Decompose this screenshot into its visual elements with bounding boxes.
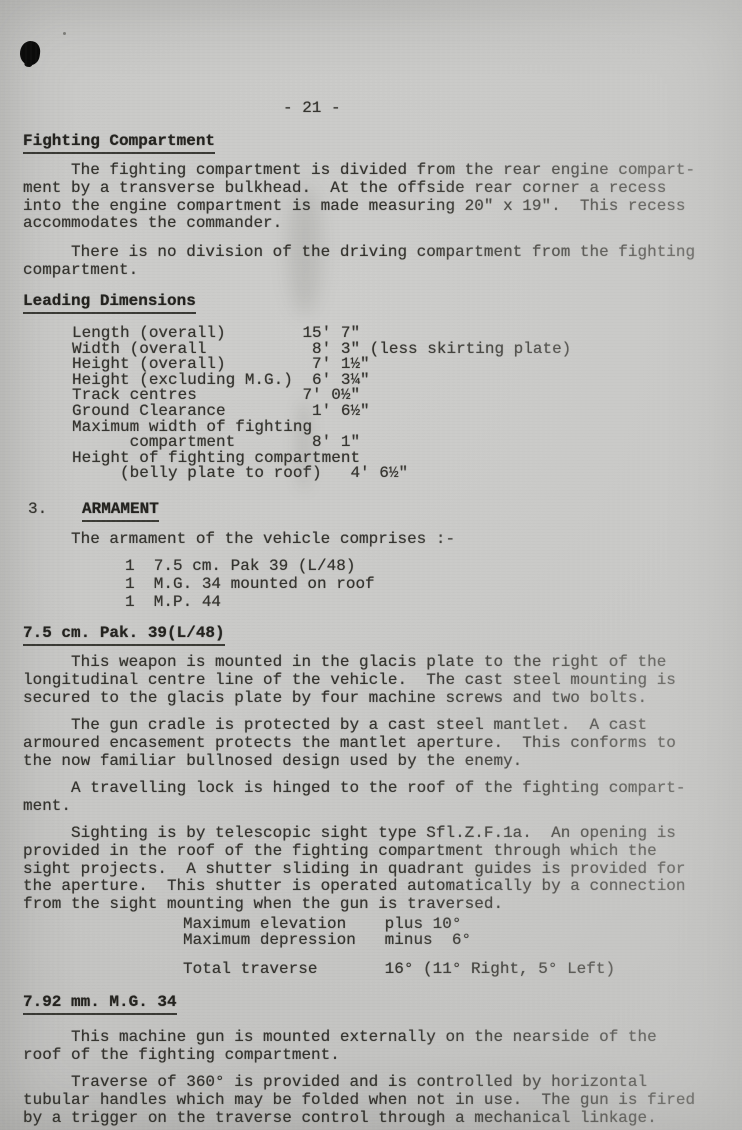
heading-leading-dimensions: Leading Dimensions xyxy=(23,293,196,314)
paragraph-fighting-1: The fighting compartment is divided from… xyxy=(23,162,695,233)
heading-mg-34: 7.92 mm. M.G. 34 xyxy=(23,994,177,1015)
armament-intro: The armament of the vehicle comprises :- xyxy=(23,531,455,549)
heading-pak-gun: 7.5 cm. Pak. 39(L/48) xyxy=(23,625,225,646)
ink-blob xyxy=(18,40,41,67)
paragraph-fighting-2: There is no division of the driving comp… xyxy=(23,244,695,280)
heading-armament: ARMAMENT xyxy=(82,501,159,522)
paragraph-pak-2: The gun cradle is protected by a cast st… xyxy=(23,717,676,770)
heading-fighting-compartment: Fighting Compartment xyxy=(23,133,215,154)
paper-speck xyxy=(63,32,66,35)
paragraph-mg-2: Traverse of 360° is provided and is cont… xyxy=(23,1074,695,1127)
armament-list: 1 7.5 cm. Pak 39 (L/48) 1 M.G. 34 mounte… xyxy=(125,558,375,611)
paragraph-pak-4: Sighting is by telescopic sight type Sfl… xyxy=(23,825,686,914)
scanned-document-page: - 21 - Fighting Compartment The fighting… xyxy=(0,0,742,1130)
armament-section-number: 3. xyxy=(28,501,47,519)
total-traverse-line: Total traverse 16° (11° Right, 5° Left) xyxy=(183,961,615,979)
dimensions-list: Length (overall) 15' 7" Width (overall 8… xyxy=(72,326,571,482)
paragraph-pak-3: A travelling lock is hinged to the roof … xyxy=(23,780,686,816)
paragraph-pak-1: This weapon is mounted in the glacis pla… xyxy=(23,654,676,707)
elevation-depression-table: Maximum elevation plus 10° Maximum depre… xyxy=(183,917,471,948)
paragraph-mg-1: This machine gun is mounted externally o… xyxy=(23,1029,657,1065)
page-number: - 21 - xyxy=(283,100,341,118)
